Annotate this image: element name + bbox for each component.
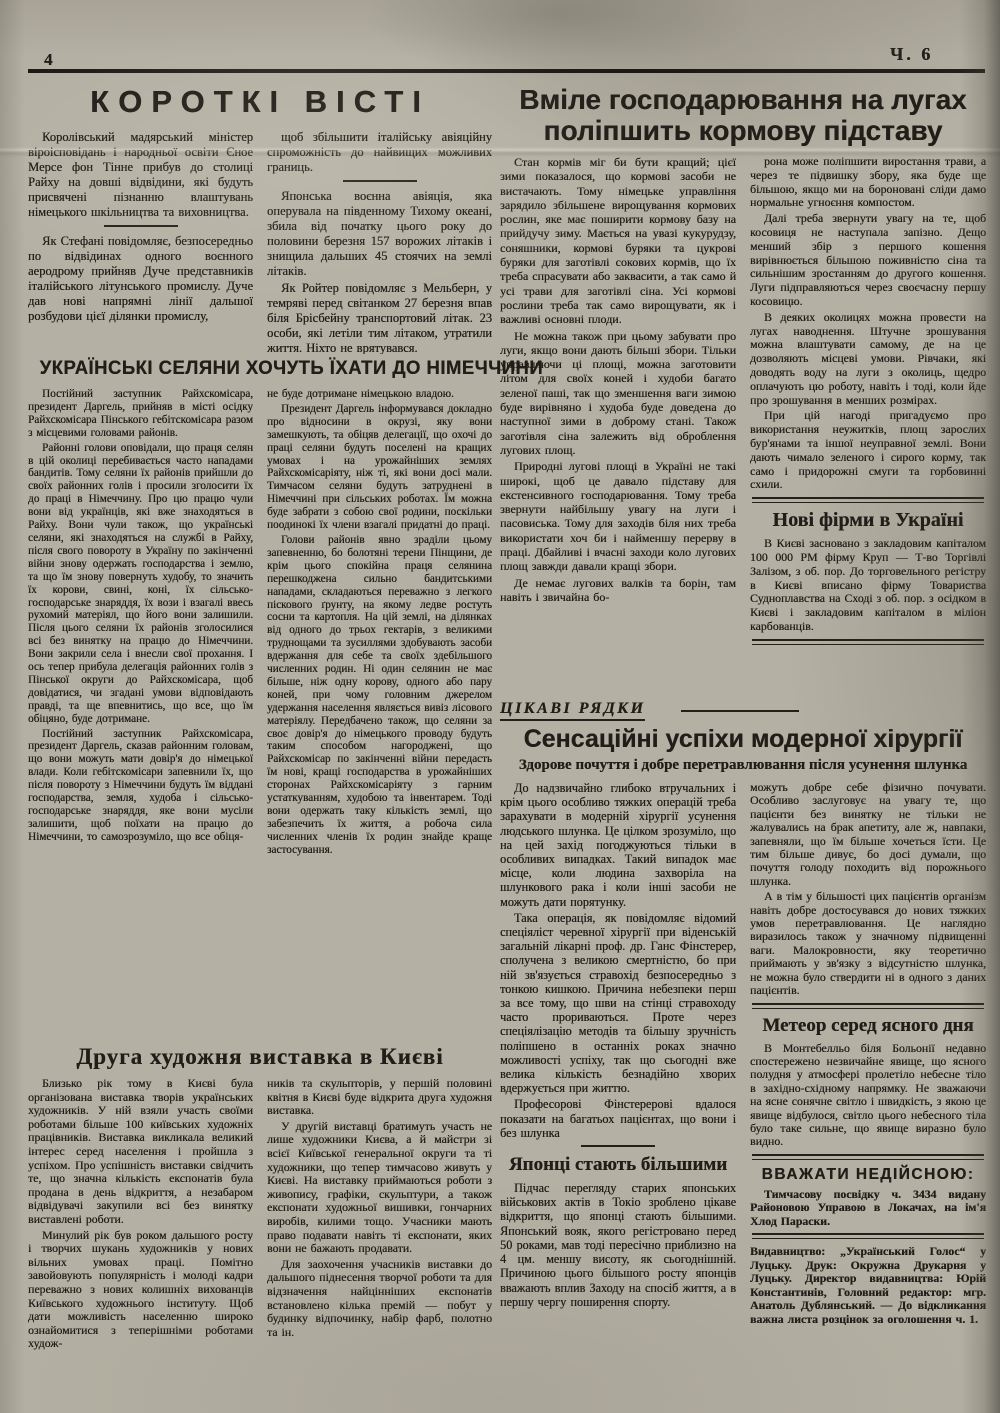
news-paragraph: Для заохочення учасників виставки до дал… [267, 1258, 492, 1340]
news-paragraph: можуть добре себе фізично почувати. Особ… [750, 781, 986, 888]
article-end-rule [752, 1003, 984, 1009]
article-meadows: Вміле господарювання на лугах поліпшить … [500, 84, 986, 711]
item-separator [343, 180, 417, 182]
item-separator [104, 225, 178, 227]
short-news-title: КОРОТКІ ВІСТІ [28, 84, 492, 120]
article-peasants: УКРАЇНСЬКІ СЕЛЯНИ ХОЧУТЬ ЇХАТИ ДО НІМЕЧЧ… [28, 357, 492, 1038]
issue-number: Ч. 6 [890, 44, 933, 65]
art-exhibition-column-1: Близько рік тому в Києві була організова… [28, 1077, 253, 1399]
news-paragraph: Президент Даргель інформувався докладно … [267, 403, 492, 532]
art-exhibition-title: Друга художня виставка в Києві [28, 1044, 492, 1070]
peasants-title: УКРАЇНСЬКІ СЕЛЯНИ ХОЧУТЬ ЇХАТИ ДО НІМЕЧЧ… [40, 357, 481, 380]
article-art-exhibition: Друга художня виставка в Києві Близько р… [28, 1044, 492, 1399]
surgery-column-1: До надзвичайно глибоко втручальних і крі… [500, 781, 736, 1383]
article-surgery: ЦІКАВІ РЯДКИ Сенсаційні успіхи модерної … [500, 698, 986, 1383]
meadows-column-2: рона може поліпшити виростання трави, а … [750, 155, 986, 711]
meadows-title-line1: Вміле господарювання на лугах [500, 84, 986, 115]
surgery-columns: До надзвичайно глибоко втручальних і крі… [500, 781, 986, 1383]
imprint-text: Видавництво: „Український Голос“ у Луцьк… [750, 1245, 986, 1327]
page-number: 4 [44, 50, 53, 70]
news-paragraph: При цій нагоді пригадуємо про використан… [750, 409, 986, 492]
article-end-rule [752, 639, 984, 645]
masthead-rule [28, 69, 985, 73]
news-paragraph: Така операція, як повідомляє відомий спе… [500, 911, 736, 1096]
item-separator [581, 1145, 655, 1147]
news-paragraph: Далі треба звернути увагу на те, щоб кос… [750, 212, 986, 309]
news-paragraph: не буде дотримане німецькою владою. [267, 388, 492, 401]
surgery-title: Сенсаційні успіхи модерної хірургії [500, 725, 986, 754]
art-exhibition-columns: Близько рік тому в Києві була організова… [28, 1077, 492, 1399]
meadows-columns: Стан кормів міг би бути кращий; цієї зим… [500, 155, 986, 711]
news-paragraph: Постійний заступник Райхскомісара, прези… [28, 388, 253, 440]
meteor-title: Метеор серед ясного дня [750, 1015, 986, 1037]
invalid-notice-title: ВВАЖАТИ НЕДІЙСНОЮ: [750, 1166, 986, 1184]
article-end-rule [752, 1154, 984, 1160]
surgery-column-2: можуть добре себе фізично почувати. Особ… [750, 781, 986, 1383]
news-paragraph: Як Стефані повідомляє, безпосередньо по … [28, 234, 253, 324]
kicker-row: ЦІКАВІ РЯДКИ [500, 698, 986, 722]
news-paragraph: Минулий рік був роком дальшого росту і т… [28, 1229, 253, 1351]
japanese-title: Японці стають більшими [500, 1154, 736, 1176]
news-paragraph: Голови районів явно зраділи цьому запевн… [267, 534, 492, 857]
news-paragraph: Близько рік тому в Києві була організова… [28, 1077, 253, 1227]
article-end-rule [752, 1233, 984, 1239]
peasants-columns: Постійний заступник Райхскомісара, прези… [28, 388, 492, 1038]
news-paragraph: До надзвичайно глибоко втручальних і крі… [500, 781, 736, 909]
article-end-rule [752, 497, 984, 503]
article-short-news: КОРОТКІ ВІСТІ Королівський мадярський мі… [28, 84, 492, 354]
news-paragraph: рона може поліпшити виростання трави, а … [750, 155, 986, 210]
meadows-title-line2: поліпшить кормову підставу [500, 115, 986, 146]
news-paragraph: В Києві засновано з закладовим капіталом… [750, 537, 986, 634]
art-exhibition-column-2: ників та скульпторів, у першій половині … [267, 1077, 492, 1399]
meadows-column-1: Стан кормів міг би бути кращий; цієї зим… [500, 155, 736, 711]
news-paragraph: Не можна також при цьому забувати про лу… [500, 329, 736, 458]
surgery-subtitle: Здорове почуття і добре перетравлювання … [500, 757, 986, 774]
kicker-rule [681, 710, 799, 712]
imprint-block: Видавництво: „Український Голос“ у Луцьк… [750, 1245, 986, 1327]
news-paragraph: щоб збільшити італійську авіяційну спром… [267, 130, 492, 175]
news-paragraph: Підчас перегляду старих японських військ… [500, 1181, 736, 1309]
section-kicker: ЦІКАВІ РЯДКИ [500, 700, 645, 721]
short-news-columns: Королівський мадярський міністер віроісп… [28, 130, 492, 354]
new-firms-title: Нові фірми в Україні [750, 509, 986, 532]
news-paragraph: Районні голови оповідали, що праця селян… [28, 442, 253, 726]
news-paragraph: В деяких околицях можна провести на луга… [750, 311, 986, 408]
news-paragraph: А в тім у більшості цих пацієнтів органі… [750, 890, 986, 997]
short-news-column-2: щоб збільшити італійську авіяційну спром… [267, 130, 492, 354]
news-paragraph: Професорові Фінстереровi вдалося показат… [500, 1097, 736, 1140]
news-paragraph: Королівський мадярський міністер віроісп… [28, 130, 253, 220]
news-paragraph: Де немає лугових валків та борін, там на… [500, 576, 736, 605]
peasants-column-1: Постійний заступник Райхскомісара, прези… [28, 388, 253, 1038]
news-paragraph: ників та скульпторів, у першій половині … [267, 1077, 492, 1118]
news-paragraph: У другій виставці братимуть участь не ли… [267, 1120, 492, 1256]
news-paragraph: В Монтебелльо біля Больонії недавно спос… [750, 1042, 986, 1149]
news-paragraph: Природні лугові площі в Україні не такі … [500, 459, 736, 573]
news-paragraph: Постійний заступник Райхскомісара, прези… [28, 728, 253, 844]
peasants-column-2: не буде дотримане німецькою владою. През… [267, 388, 492, 1038]
news-paragraph: Японська воєнна авіяція, яка оперувала н… [267, 189, 492, 279]
meadows-title: Вміле господарювання на лугах поліпшить … [500, 84, 986, 146]
news-paragraph: Стан кормів міг би бути кращий; цієї зим… [500, 155, 736, 327]
news-paragraph: Тимчасову посвідку ч. 3434 видану Районо… [750, 1188, 986, 1228]
news-paragraph: Як Ройтер повідомляє з Мельберн, у темря… [267, 281, 492, 354]
short-news-column-1: Королівський мадярський міністер віроісп… [28, 130, 253, 354]
